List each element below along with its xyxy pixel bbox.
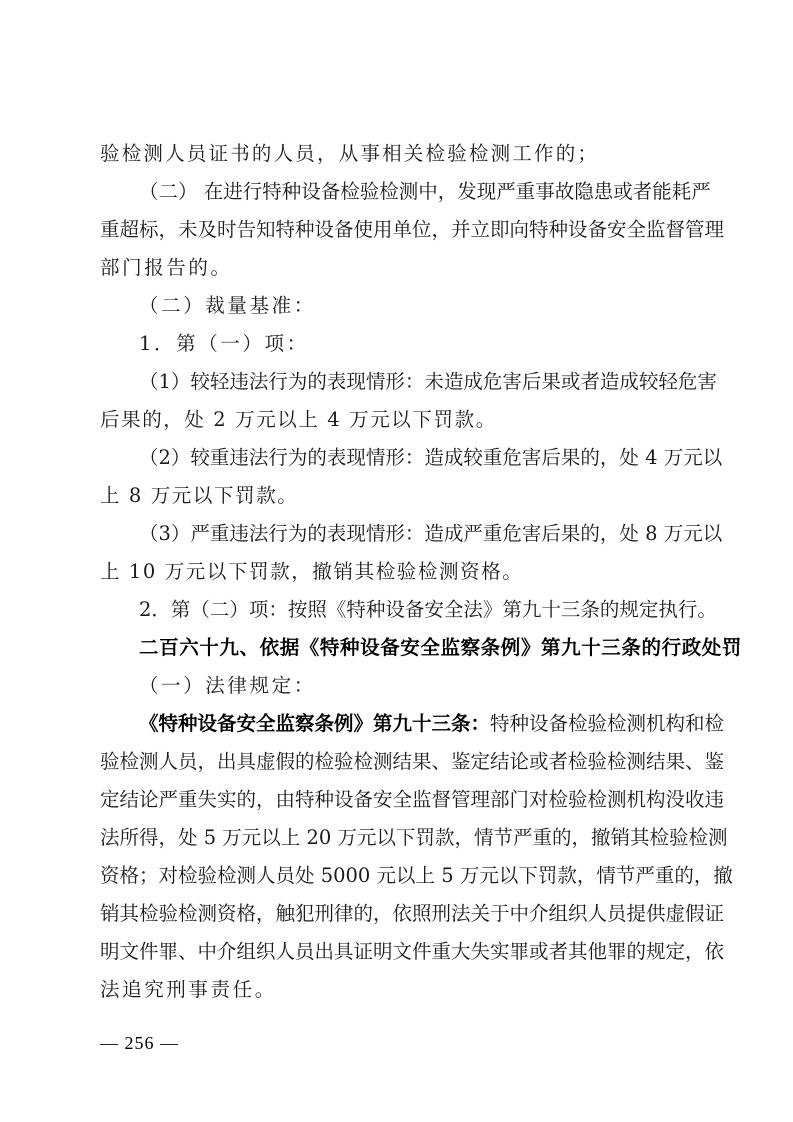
text-line: 法所得，处 5 万元以上 20 万元以下罚款，情节严重的，撤销其检验检测 xyxy=(100,826,704,850)
text-line: 法追究刑事责任。 xyxy=(100,978,704,1002)
text-line: （二） 在进行特种设备检验检测中，发现严重事故隐患或者能耗严 xyxy=(139,180,704,204)
text-line: 上 8 万元以下罚款。 xyxy=(100,484,704,508)
text-line: 部门报告的。 xyxy=(100,256,704,280)
text-line: 上 10 万元以下罚款，撤销其检验检测资格。 xyxy=(100,560,704,584)
item-heading: 1．第（一）项： xyxy=(139,332,704,356)
section-heading: （一）法律规定： xyxy=(139,674,704,698)
text-line: （2）较重违法行为的表现情形：造成较重危害后果的，处 4 万元以 xyxy=(139,446,704,470)
text-line: 2．第（二）项：按照《特种设备安全法》第九十三条的规定执行。 xyxy=(139,598,704,622)
text-line: 验检测人员证书的人员，从事相关检验检测工作的； xyxy=(100,142,704,166)
page-number: — 256 — xyxy=(100,1033,179,1054)
text-line: （1）较轻违法行为的表现情形：未造成危害后果或者造成较轻危害 xyxy=(139,370,704,394)
regulation-citation: 《特种设备安全监察条例》第九十三条： xyxy=(139,712,490,735)
text-line: 重超标，未及时告知特种设备使用单位，并立即向特种设备安全监督管理 xyxy=(100,218,704,242)
section-heading: （二）裁量基准： xyxy=(139,294,704,318)
regulation-text: 特种设备检验检测机构和检 xyxy=(490,712,724,735)
text-line: 明文件罪、中介组织人员出具证明文件重大失实罪或者其他罪的规定，依 xyxy=(100,940,704,964)
document-page: 验检测人员证书的人员，从事相关检验检测工作的； （二） 在进行特种设备检验检测中… xyxy=(0,0,793,1122)
text-line: 验检测人员，出具虚假的检验检测结果、鉴定结论或者检验检测结果、鉴 xyxy=(100,750,704,774)
text-line: （3）严重违法行为的表现情形：造成严重危害后果的，处 8 万元以 xyxy=(139,522,704,546)
text-line: 《特种设备安全监察条例》第九十三条：特种设备检验检测机构和检 xyxy=(139,712,704,736)
article-heading: 二百六十九、依据《特种设备安全监察条例》第九十三条的行政处罚 xyxy=(139,636,704,660)
text-line: 销其检验检测资格，触犯刑律的，依照刑法关于中介组织人员提供虚假证 xyxy=(100,902,704,926)
text-line: 资格；对检验检测人员处 5000 元以上 5 万元以下罚款，情节严重的，撤 xyxy=(100,864,704,888)
text-line: 定结论严重失实的，由特种设备安全监督管理部门对检验检测机构没收违 xyxy=(100,788,704,812)
text-line: 后果的，处 2 万元以上 4 万元以下罚款。 xyxy=(100,408,704,432)
